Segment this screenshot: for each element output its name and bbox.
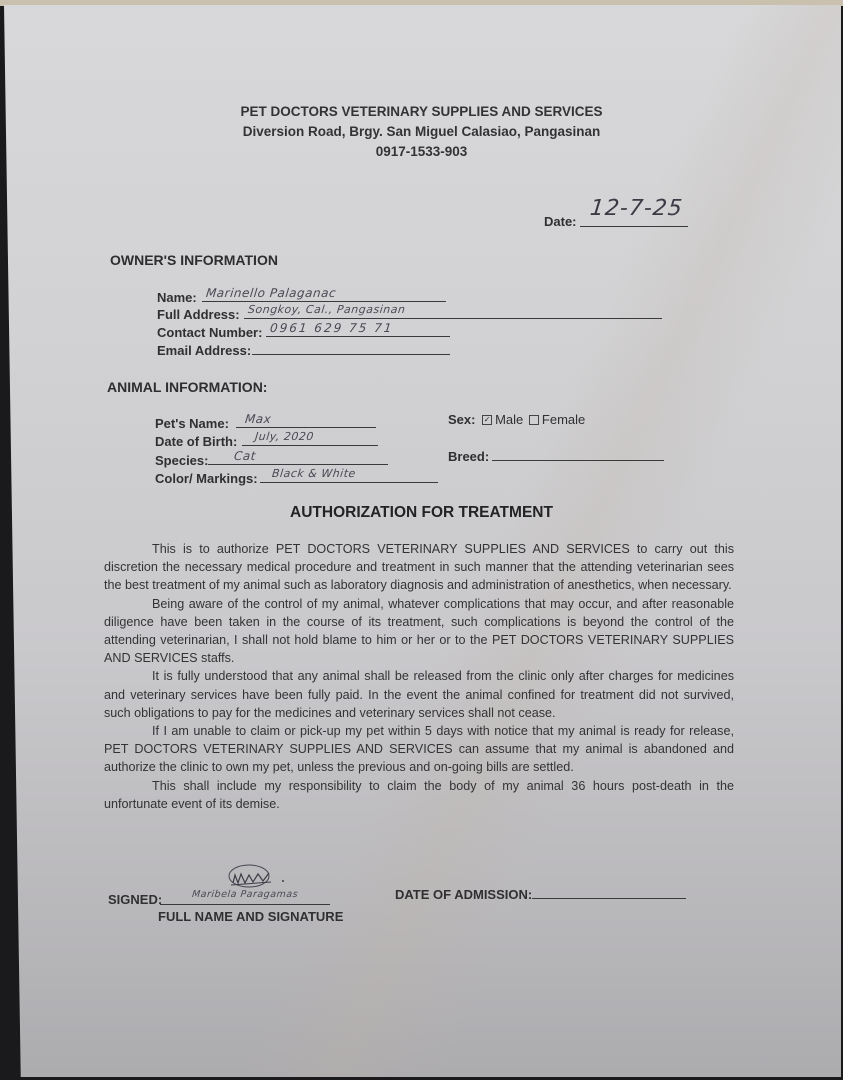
sex-field: Sex: ✓Male Female (448, 412, 585, 427)
owner-address-field[interactable] (244, 318, 662, 319)
owner-name-value: Marinello Palaganac (205, 286, 337, 300)
owner-name-label: Name: (157, 290, 197, 305)
breed-field[interactable] (492, 460, 664, 461)
color-field[interactable] (260, 482, 438, 483)
species-label: Species: (155, 453, 208, 468)
owner-contact-value: 0961 629 75 71 (269, 321, 394, 335)
authorization-paragraph-1: This is to authorize PET DOCTORS VETERIN… (104, 540, 734, 595)
color-value: Black & White (271, 467, 356, 480)
sex-male-checkbox[interactable]: ✓ (482, 415, 492, 425)
authorization-paragraph-5: This shall include my responsibility to … (104, 777, 734, 813)
owner-contact-label: Contact Number: (157, 325, 262, 340)
owner-contact-field[interactable] (266, 336, 450, 337)
date-value: 12-7-25 (589, 196, 685, 221)
signature-caption: FULL NAME AND SIGNATURE (158, 909, 343, 924)
dob-field[interactable] (242, 445, 378, 446)
pet-name-value: Max (244, 412, 272, 426)
authorization-paragraph-2: Being aware of the control of my animal,… (104, 595, 734, 668)
breed-label: Breed: (448, 449, 489, 464)
owner-name-field[interactable] (202, 301, 446, 302)
owner-address-label: Full Address: (157, 307, 240, 322)
dob-value: July, 2020 (254, 430, 314, 443)
pet-name-label: Pet's Name: (155, 416, 229, 431)
owner-email-label: Email Address: (157, 343, 251, 358)
signed-name-value: Maribela Paragamas (191, 889, 298, 900)
owner-section-title: OWNER'S INFORMATION (110, 252, 278, 268)
owner-address-value: Songkoy, Cal., Pangasinan (247, 303, 406, 316)
sex-female-checkbox[interactable] (529, 415, 539, 425)
date-label: Date: (544, 214, 577, 229)
dob-label: Date of Birth: (155, 434, 237, 449)
species-value: Cat (233, 449, 256, 463)
signature-field[interactable] (160, 904, 330, 905)
pet-name-field[interactable] (236, 427, 376, 428)
authorization-paragraph-4: If I am unable to claim or pick-up my pe… (104, 722, 734, 777)
admission-date-field[interactable] (532, 898, 686, 899)
authorization-body: This is to authorize PET DOCTORS VETERIN… (104, 540, 734, 813)
animal-section-title: ANIMAL INFORMATION: (107, 379, 267, 395)
authorization-title: AUTHORIZATION FOR TREATMENT (0, 504, 843, 522)
authorization-paragraph-3: It is fully understood that any animal s… (104, 667, 734, 722)
owner-email-field[interactable] (252, 354, 450, 355)
date-field[interactable] (580, 226, 688, 227)
sex-label: Sex: (448, 412, 475, 427)
clinic-address: Diversion Road, Brgy. San Miguel Calasia… (0, 124, 843, 139)
signature-scribble-icon (225, 863, 295, 889)
color-label: Color/ Markings: (155, 471, 258, 486)
sex-female-label: Female (542, 412, 585, 427)
clinic-name: PET DOCTORS VETERINARY SUPPLIES AND SERV… (0, 104, 843, 119)
signed-label: SIGNED: (108, 892, 162, 907)
admission-date-label: DATE OF ADMISSION: (395, 887, 532, 902)
sex-male-label: Male (495, 412, 523, 427)
species-field[interactable] (208, 464, 388, 465)
clinic-phone: 0917-1533-903 (0, 144, 843, 159)
